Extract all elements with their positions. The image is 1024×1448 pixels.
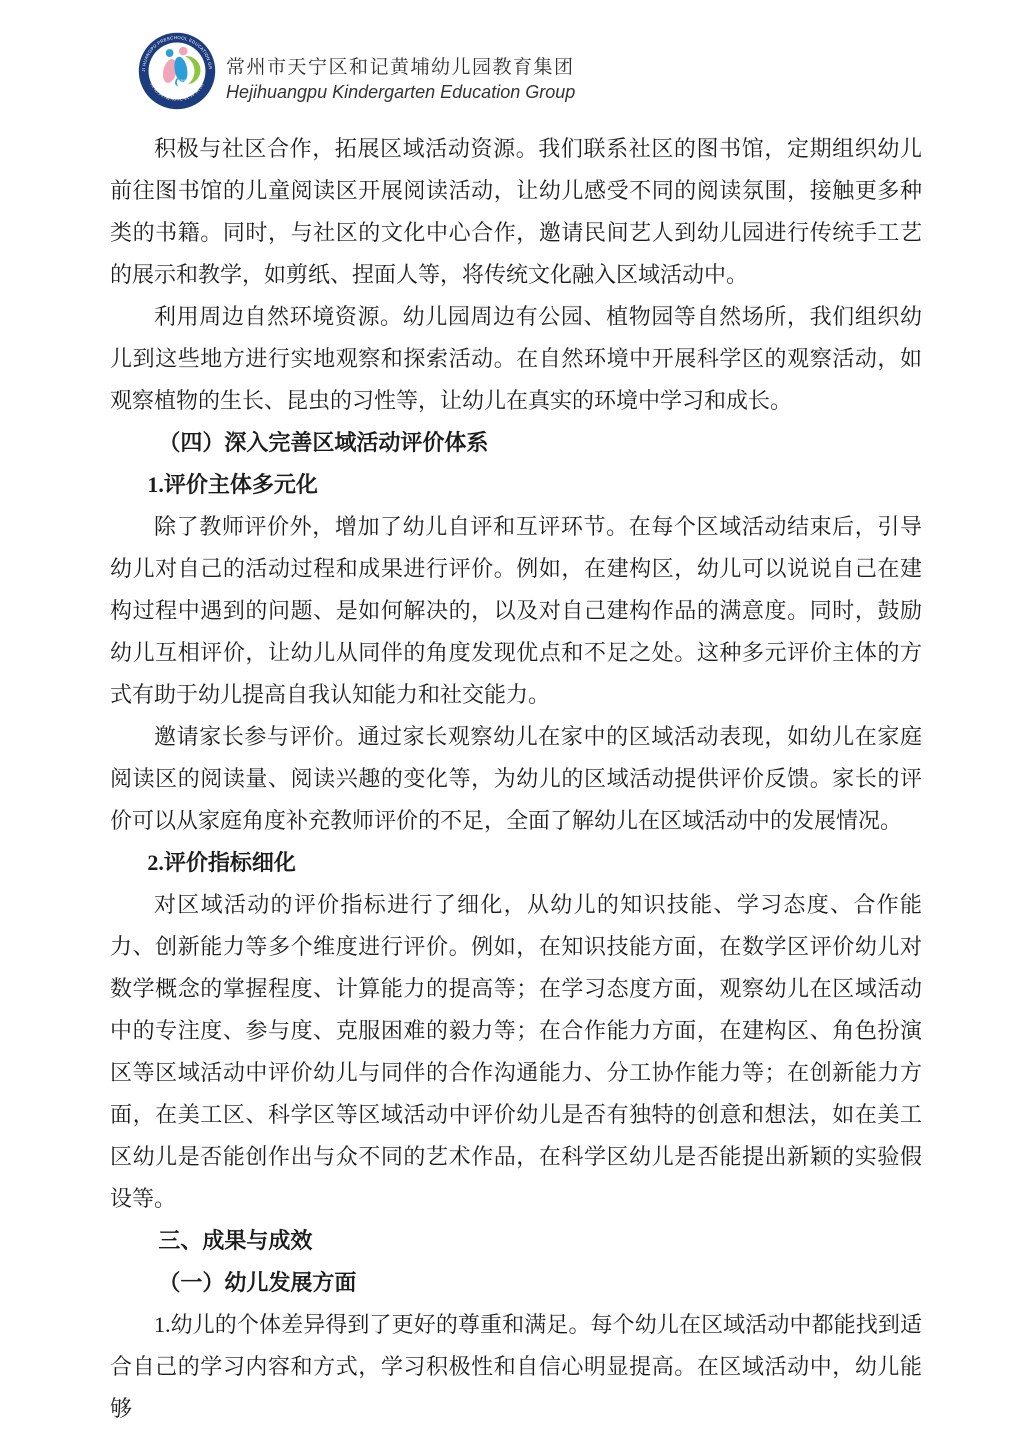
org-logo: HE JI HUANGPU PRESCHOOL EDUCATION GROUP … xyxy=(138,32,216,110)
body-paragraph: 邀请家长参与评价。通过家长观察幼儿在家中的区域活动表现，如幼儿在家庭阅读区的阅读… xyxy=(110,716,922,842)
org-name-chinese: 常州市天宁区和记黄埔幼儿园教育集团 xyxy=(226,52,575,79)
letterhead: HE JI HUANGPU PRESCHOOL EDUCATION GROUP … xyxy=(138,32,575,110)
org-names: 常州市天宁区和记黄埔幼儿园教育集团 Hejihuangpu Kindergart… xyxy=(226,40,575,103)
document-body: 积极与社区合作，拓展区域活动资源。我们联系社区的图书馆，定期组织幼儿前往图书馆的… xyxy=(110,128,922,1430)
kindergarten-group-logo-icon: HE JI HUANGPU PRESCHOOL EDUCATION GROUP … xyxy=(138,32,216,110)
body-paragraph: 1.幼儿的个体差异得到了更好的尊重和满足。每个幼儿在区域活动中都能找到适合自己的… xyxy=(110,1304,922,1430)
document-page: HE JI HUANGPU PRESCHOOL EDUCATION GROUP … xyxy=(0,0,1024,1448)
section-heading: （四）深入完善区域活动评价体系 xyxy=(110,422,922,464)
section-heading: 1.评价主体多元化 xyxy=(110,464,922,506)
body-paragraph: 利用周边自然环境资源。幼儿园周边有公园、植物园等自然场所，我们组织幼儿到这些地方… xyxy=(110,296,922,422)
section-heading: 2.评价指标细化 xyxy=(110,842,922,884)
section-heading: 三、成果与成效 xyxy=(110,1220,922,1262)
body-paragraph: 积极与社区合作，拓展区域活动资源。我们联系社区的图书馆，定期组织幼儿前往图书馆的… xyxy=(110,128,922,296)
body-paragraph: 对区域活动的评价指标进行了细化，从幼儿的知识技能、学习态度、合作能力、创新能力等… xyxy=(110,884,922,1220)
body-paragraph: 除了教师评价外，增加了幼儿自评和互评环节。在每个区域活动结束后，引导幼儿对自己的… xyxy=(110,506,922,716)
section-heading: （一）幼儿发展方面 xyxy=(110,1262,922,1304)
org-name-english: Hejihuangpu Kindergarten Education Group xyxy=(226,82,575,103)
logo-center-text: HJHP xyxy=(178,79,188,83)
